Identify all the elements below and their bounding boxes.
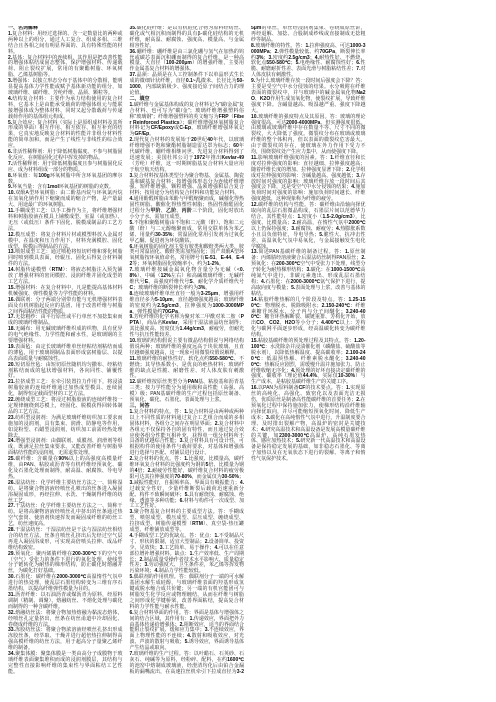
paragraph: 33.冻胶纺丝法：将聚合物浓溶液经喷丝孔挤出形成冻胶丝条，经萃取、干燥并进行超倍… [8,628,123,652]
bold-text-run: 100g [38,173,49,179]
paragraph: 2.基体：复合材料中的连续相，其作用是把改善性能的增强体粘结成固态整体、保护增强… [8,56,123,80]
paragraph: 26.湿法纺丝：化学纤维主要纺丝方法之一、简称湿纺。是将聚合物溶液经喷丝孔喷出的… [8,481,123,505]
paragraph: 12.模压成型：将复合材料片材或模塑料放入金属对模中，在温度和压力作用下，材料充… [8,233,123,251]
text-run: 模压成型：将复合材料片材或模塑料放入金属对模中，在温度和压力作用下，材料充满模腔… [8,232,123,250]
paragraph: 5.偶联剂的作用机理。答：偶联剂分子一端的可水解基团水解生成硅醇，与玻璃纤维表面… [130,575,245,610]
bold-text-run: C-Ep [179,125,191,131]
text-run: 为什么玻璃纤维存放一段时间后强度会下降？答：主要是受空气中水分侵蚀的结果。水分吸… [251,78,366,96]
text-run: 干湿法纺丝：干湿法纺丝是干法与湿法纺丝相结合的纺丝方法，丝条自喷丝孔挤出后先经过… [8,527,123,551]
text-run: ，拉伸强度为 [179,303,213,309]
paragraph: 27.干法纺丝：化学纤维主要纺丝方法之一、简称干纺。是将高聚物溶液经喷丝孔中挤出… [8,504,123,528]
paragraph: 21.拉挤成型工艺：在牵引装置拉力作用下，将浸渍树脂胶液的连续纤维通过加热成型模… [8,380,123,398]
text-run: 非活性稀释剂：用于降低树脂黏度、不参与树脂固化反应、在树脂固化过程中挥发掉的物品… [8,149,123,161]
paragraph: 13.简述PAN基碳纤维的制备过程。答：1.原丝制备：丙烯腈经溶液聚合后湿法纺丝… [251,250,366,297]
paragraph: 15.粘胶基碳纤维的预处理过程及其特点。答：1.20-100℃：水洗除杂并浸渍催… [251,339,366,386]
paragraph: 34.聚集体膜：聚集体膜是一类由高分子成膜物于玻璃纤维表面聚集堆积而成的浸润剂膜… [8,652,123,676]
text-run: （芳纶）纤维，这一时期树脂基复合材料大量应用于航空航天结构。 [130,161,245,173]
paragraph: 24.增强型浸润剂：由偶联剂、成膜剂、润滑剂等组成，既满足拉丝集束要求、又能改善… [8,439,123,457]
text-run: 无捻粗纱：由平行原丝或平行单丝不加捻集束而成的玻璃纤维制品。 [8,314,123,326]
paragraph: 10.玻璃纤维的强度特点及其原因。答：玻璃的理论强度很高，可达2000-4000… [251,115,366,156]
text-run: 双酚A型环氧树脂：由二酚基丙烷与环氧氯丙烷在氢氧化钠作用下缩聚而成的缩合产物，是… [8,190,123,208]
paragraph: 12.碳纤维的结构与性能。答：碳纤维由沿轴向择优取向的乱层石墨微晶构成，石墨层片… [251,203,366,250]
paragraph: 8.连续玻璃纤维单丝直径一般为3-25μm，增强用纤维直径多为5-10μm，直径… [130,292,245,316]
paragraph: 30.石墨化：碳纤维在2000-3000℃高温惰性气氛中进行的热处理，使乱层石墨… [8,575,123,593]
text-run: 玻璃的结构假说主要有微晶结构假说与网络结构假说两种；玻璃纤维的强度远高于块状玻璃… [130,338,245,356]
paragraph: 20.短切原丝毡：由短切原丝随机均匀撒布、经粘结剂粘结而成的毡状增强材料，各向同… [8,363,123,381]
document-text-columns: 一、名词解释1.复合材料：用经过选择的、含一定数量比的两种或两种以上的组分，通过… [8,26,487,678]
bold-text-run: 1.44g/cm3 [180,326,204,332]
text-run: 偶联剂：分子两端分别带有能与无机增强材料表面及有机树脂起反应的基团、用于改善纤维… [8,297,123,315]
paragraph: 19.表面毡：由定长玻璃纤维单丝经粘结剂粘结而成的薄毡，用于玻璃钢制品表面形成富… [8,345,123,363]
paragraph: 31.沥青纤维：以石油沥青或煤沥青为原料，经原料调制（精制、调聚）、熔融纺丝、不… [8,593,123,611]
text-run: 纺织型浸润剂：为满足玻璃纤维纺织加工要求而施加的浸润剂，具有集束、润滑、防静电等… [8,415,123,439]
text-run: 活性稀释剂：用于降低树脂黏度且参与树脂固化反应、成为材料组成一部分的物质。 [8,161,123,173]
paragraph: 28.干湿法纺丝：干湿法纺丝是干法与湿法纺丝相结合的纺丝方法，丝条自喷丝孔挤出后… [8,528,123,552]
text-run: 复合材料按基体类型分为聚合物基、金属基、陶瓷基和碳基复合材料；按增强体形态分为连… [130,173,245,197]
paragraph: 11.玻璃纤维的耐热性好、软化点约550-580℃、不燃烧；其导热系数小、是优良… [130,357,245,381]
paragraph: 14.树脂传递模塑（RTM）：将液态树脂注入预先铺放了增强材料的密闭模腔、浸润纤… [8,268,123,286]
paragraph: 3.聚合物基复合材料的主要成型方法。答：手糊成型、喷射成型、模压成型、层压成型、… [130,510,245,534]
text-run: 增强体：以独立形态分布于基体中的分散相，能明显提高基体力学性能或赋予基体新功能的… [8,78,123,96]
text-run: 喷射成型工艺：通过喷枪将短切纤维和雾化树脂同时喷到模具表面，经辊压、固化后得复合… [8,249,123,267]
paragraph: 2.复合材料的优点。答：1.比强度、比模量高，碳纤维环氧复合材料的比强度约为钢的… [130,457,245,510]
text-run: 增强材料：在复合材料中，凡是能提高基体材料机械强度、弹性模量等力学性能的材料。 [8,285,123,297]
paragraph: 4.手糊成型工艺的优缺点。答：优点：1.不受制品尺寸、形状的限制，适宜大型制品；… [130,534,245,575]
paragraph: 11.手糊成型工艺：以手工操作为主，将纤维增强材料和树脂胶液在模具上铺敷成型、室… [8,209,123,233]
paragraph: 1.碳纤维与金属基体构成的复合材料记为“碳/金属”复合材料、也可写为“碳/金”；… [130,103,245,138]
paragraph: 23.纺织型浸润剂：为满足玻璃纤维纺织加工要求而施加的浸润剂，具有集束、润滑、防… [8,416,123,440]
paragraph: 6.复合材料界面的作用。答：界面是基体与增强体之间的结合区域，其作用有：1.传递… [130,611,245,652]
paragraph: 12.碳纤维按原丝类型分为PAN基、粘胶基和沥青基三类；按力学性能分为通用级和高… [130,380,245,404]
paragraph: 9.芳纶纤维的化学名称为聚对苯二甲酰对苯二胺（PPTA），商品名Kevlar，采… [130,315,245,339]
paragraph: 5.复合效应：复合材料（实际上是原组成材料及其所形成的界面）相互作用、相互依存、… [8,121,123,151]
text-run: 湿法纺丝：化学纤维主要纺丝方法之一、简称湿纺。是将聚合物溶液经喷丝孔喷出的丝条进… [8,480,123,504]
text-run: 碳化硅纤维：是以有机硅化合物为原料经纺丝、碳化或气相沉积而制得的具有β-碳化硅结… [130,26,245,49]
text-run: 结构复合材料：主要作为承力结构使用的复合材料，它基本上是由能承受载荷的增强体组元… [8,96,123,120]
paragraph: 4.通用酚醛树脂由苯酚与甲醛缩聚而成，碱催化得热固性树脂、酸催化得热塑性树脂；热… [130,197,245,221]
paragraph: 14.粘胶纤维热解的几个阶段及特点。答：1.25-150℃：物理脱水、脱除吸附水… [251,298,366,339]
text-run: 复合效应：复合材料（实际上是原组成材料及其所形成的界面）相互作用、相互依存、相互… [8,120,123,150]
paragraph: 1.复合材料：用经过选择的、含一定数量比的两种或两种以上的组分，通过人工复合、组… [8,32,123,56]
paragraph: 16.偶联剂：分子两端分别带有能与无机增强材料表面及有机树脂起反应的基团、用于改… [8,298,123,316]
text-run: 无碱布：用无碱玻璃纤维织成的织物，具有优异的电气绝缘性、力学性能和耐水性，是玻璃… [8,326,123,344]
paragraph: 2.现代复合材料的发展始于20世纪40年代，以玻璃纤维增强不饱和聚酯树脂制造雷达… [130,138,245,173]
paragraph: 32.熔融纺丝法：将聚合物加热熔融为黏流态熔体，经喷丝孔定量挤出，丝条在纺丝甬道… [8,611,123,629]
paragraph: 16.以PAN为原料制备CF的技术要点。答：1.实现原丝的高纯化、高强化、致密化… [251,386,366,463]
text-run: 干法纺丝：化学纤维主要纺丝方法之一、简称干纺。是将高聚物溶液经喷丝孔中挤出的丝条… [8,503,123,527]
text-run: 表面毡：由定长玻璃纤维单丝经粘结剂粘结而成的薄毡，用于玻璃钢制品表面形成富树脂层… [8,344,123,362]
text-run: 熔融纺丝法：将聚合物加热熔融为黏流态熔体，经喷丝孔定量挤出，丝条在纺丝甬道中冷却… [8,610,123,628]
paragraph: 5.不饱和聚酯树脂由不饱和二元酸（酐）、饱和二元酸（酐）与二元醇缩聚而成，常用交… [130,221,245,245]
text-run: 增强型浸润剂：由偶联剂、成膜剂、润滑剂等组成，既满足拉丝集束要求、又能改善纤维与… [8,438,123,456]
text-run: 拉挤成型工艺：在牵引装置拉力作用下，将浸渍树脂胶液的连续纤维通过加热成型模具、连… [8,379,123,397]
paragraph: 6.环氧树脂的固化剂主要有胺类和酸酐类两大类，胺类可常温固化、酸酐类需加热固化；… [130,245,245,269]
text-run: 沥青纤维：以石油沥青或煤沥青为原料，经原料调制（精制、调聚）、熔融纺丝、不熔化处… [8,592,123,610]
text-run: 基体：复合材料中的连续相，其作用是把改善性能的增强体粘结成固态整体、保护增强材料… [8,55,123,79]
paragraph: 7.玻璃纤维按碱金属氧化物含量分为无碱（<0.8%）、中碱（12%左右）和高碱玻… [130,268,245,292]
paragraph: 35.碳化硅纤维：是以有机硅化合物为原料经纺丝、碳化或气相沉积而制得的具有β-碳… [130,26,245,50]
paragraph: 18.无碱布：用无碱玻璃纤维织成的织物，具有优异的电气绝缘性、力学性能和耐水性，… [8,327,123,345]
text-run: 的池窑中熔制成玻璃液，经澄清均化后由铂合金漏板的漏嘴流出，在高速拉丝机牵引下拉成… [130,663,245,675]
paragraph: 36.硼纤维：硼纤维是由三氯化硼与氢气在加热的钨丝或碳芯表面沉积硼而制得的复合纤… [130,50,245,74]
paragraph: 1.复合材料的特点。答：1.复合材料是由两种或两种以上不同性质的材料通过复合工艺… [130,410,245,457]
paragraph: 29.预氧化：聚丙烯腈纤维在200-300℃下的空气中（空气）受张力的条件下进行… [8,552,123,576]
text-run: 偶联剂的作用机理。答：偶联剂分子一端的可水解基团水解生成硅醇，与玻璃纤维表面的羟… [130,574,245,610]
text-run: 。但实测强度很低。由玻璃或玻璃纤维中存在数量不等、尺寸不同的微裂纹，大大降低了强… [251,120,366,156]
text-run: 短切原丝毡：由短切原丝随机均匀撒布、经粘结剂粘结而成的毡状增强材料，各向同性、铺… [8,362,123,380]
paragraph: 25.碳纤维：含碳量在90%以上的高强度高模量纤维，由PAN、粘胶或沥青等有机纤… [8,457,123,481]
paragraph: 11.影响玻璃纤维强度的因素。答：1.纤维直径和长度对拉伸强度的影响：直径越细、… [251,156,366,203]
paragraph: 8.玻璃纤维的特性。答：1.拉伸强度高、可达1000-3000MPa；2.弹性模… [251,44,366,79]
paragraph: 13.喷射成型工艺：通过喷枪将短切纤维和雾化树脂同时喷到模具表面，经辊压、固化后… [8,250,123,268]
text-run: 缠绕成型工艺：将浸过树脂胶液的连续纤维按一定规律缠绕到芯模上，经固化、脱模获得回… [8,397,123,415]
scanned-cheat-sheet-page: 一、名词解释1.复合材料：用经过选择的、含一定数量比的两种或两种以上的组分，通过… [0,0,496,702]
text-run: 的单丝，单丝经浸润剂集束、卷绕成原丝饼，再经退解、加捻、合股制成纱线或直接制成无… [251,26,366,43]
paragraph: 4.结构复合材料：主要作为承力结构使用的复合材料，它基本上是由能承受载荷的增强体… [8,97,123,121]
paragraph: 37.晶须：晶须是在人工控制条件下以单晶形式生长成的微细针状纤维，直径0.1~几… [130,73,245,97]
text-run: ，内部缺陷极少、强度接近原子间结合力的理论值。 [130,84,245,96]
text-run: 手糊成型工艺：以手工操作为主，将纤维增强材料和树脂胶液在模具上铺敷成型、室温（或… [8,208,123,232]
paragraph: 22.缠绕成型工艺：将浸过树脂胶液的连续纤维按一定规律缠绕到芯模上，经固化、脱模… [8,398,123,416]
paragraph: 9.为什么玻璃纤维存放一段时间后强度会下降？答：主要是受空气中水分侵蚀的结果。水… [251,79,366,114]
text-run: 聚集体膜：聚集体膜是一类由高分子成膜物于玻璃纤维表面聚集堆积而成的浸润剂膜层，其… [8,651,123,675]
bold-text-run: RTM [192,521,203,527]
paragraph: 3.增强体：以独立形态分布于基体中的分散相，能明显提高基体力学性能或赋予基体新功… [8,79,123,97]
text-run: 复合材料：用经过选择的、含一定数量比的两种或两种以上的组分，通过人工复合、组成多… [8,31,123,55]
paragraph: 10.玻璃的结构假说主要有微晶结构假说与网络结构假说两种；玻璃纤维的强度远高于块… [130,339,245,357]
paragraph: 3.复合材料按基体类型分为聚合物基、金属基、陶瓷基和碳基复合材料；按增强体形态分… [130,174,245,198]
paragraph: 10.双酚A型环氧树脂：由二酚基丙烷与环氧氯丙烷在氢氧化钠作用下缩聚而成的缩合产… [8,191,123,209]
text-run: 冻胶纺丝法：将聚合物浓溶液经喷丝孔挤出形成冻胶丝条，经萃取、干燥并进行超倍热拉伸… [8,627,123,651]
